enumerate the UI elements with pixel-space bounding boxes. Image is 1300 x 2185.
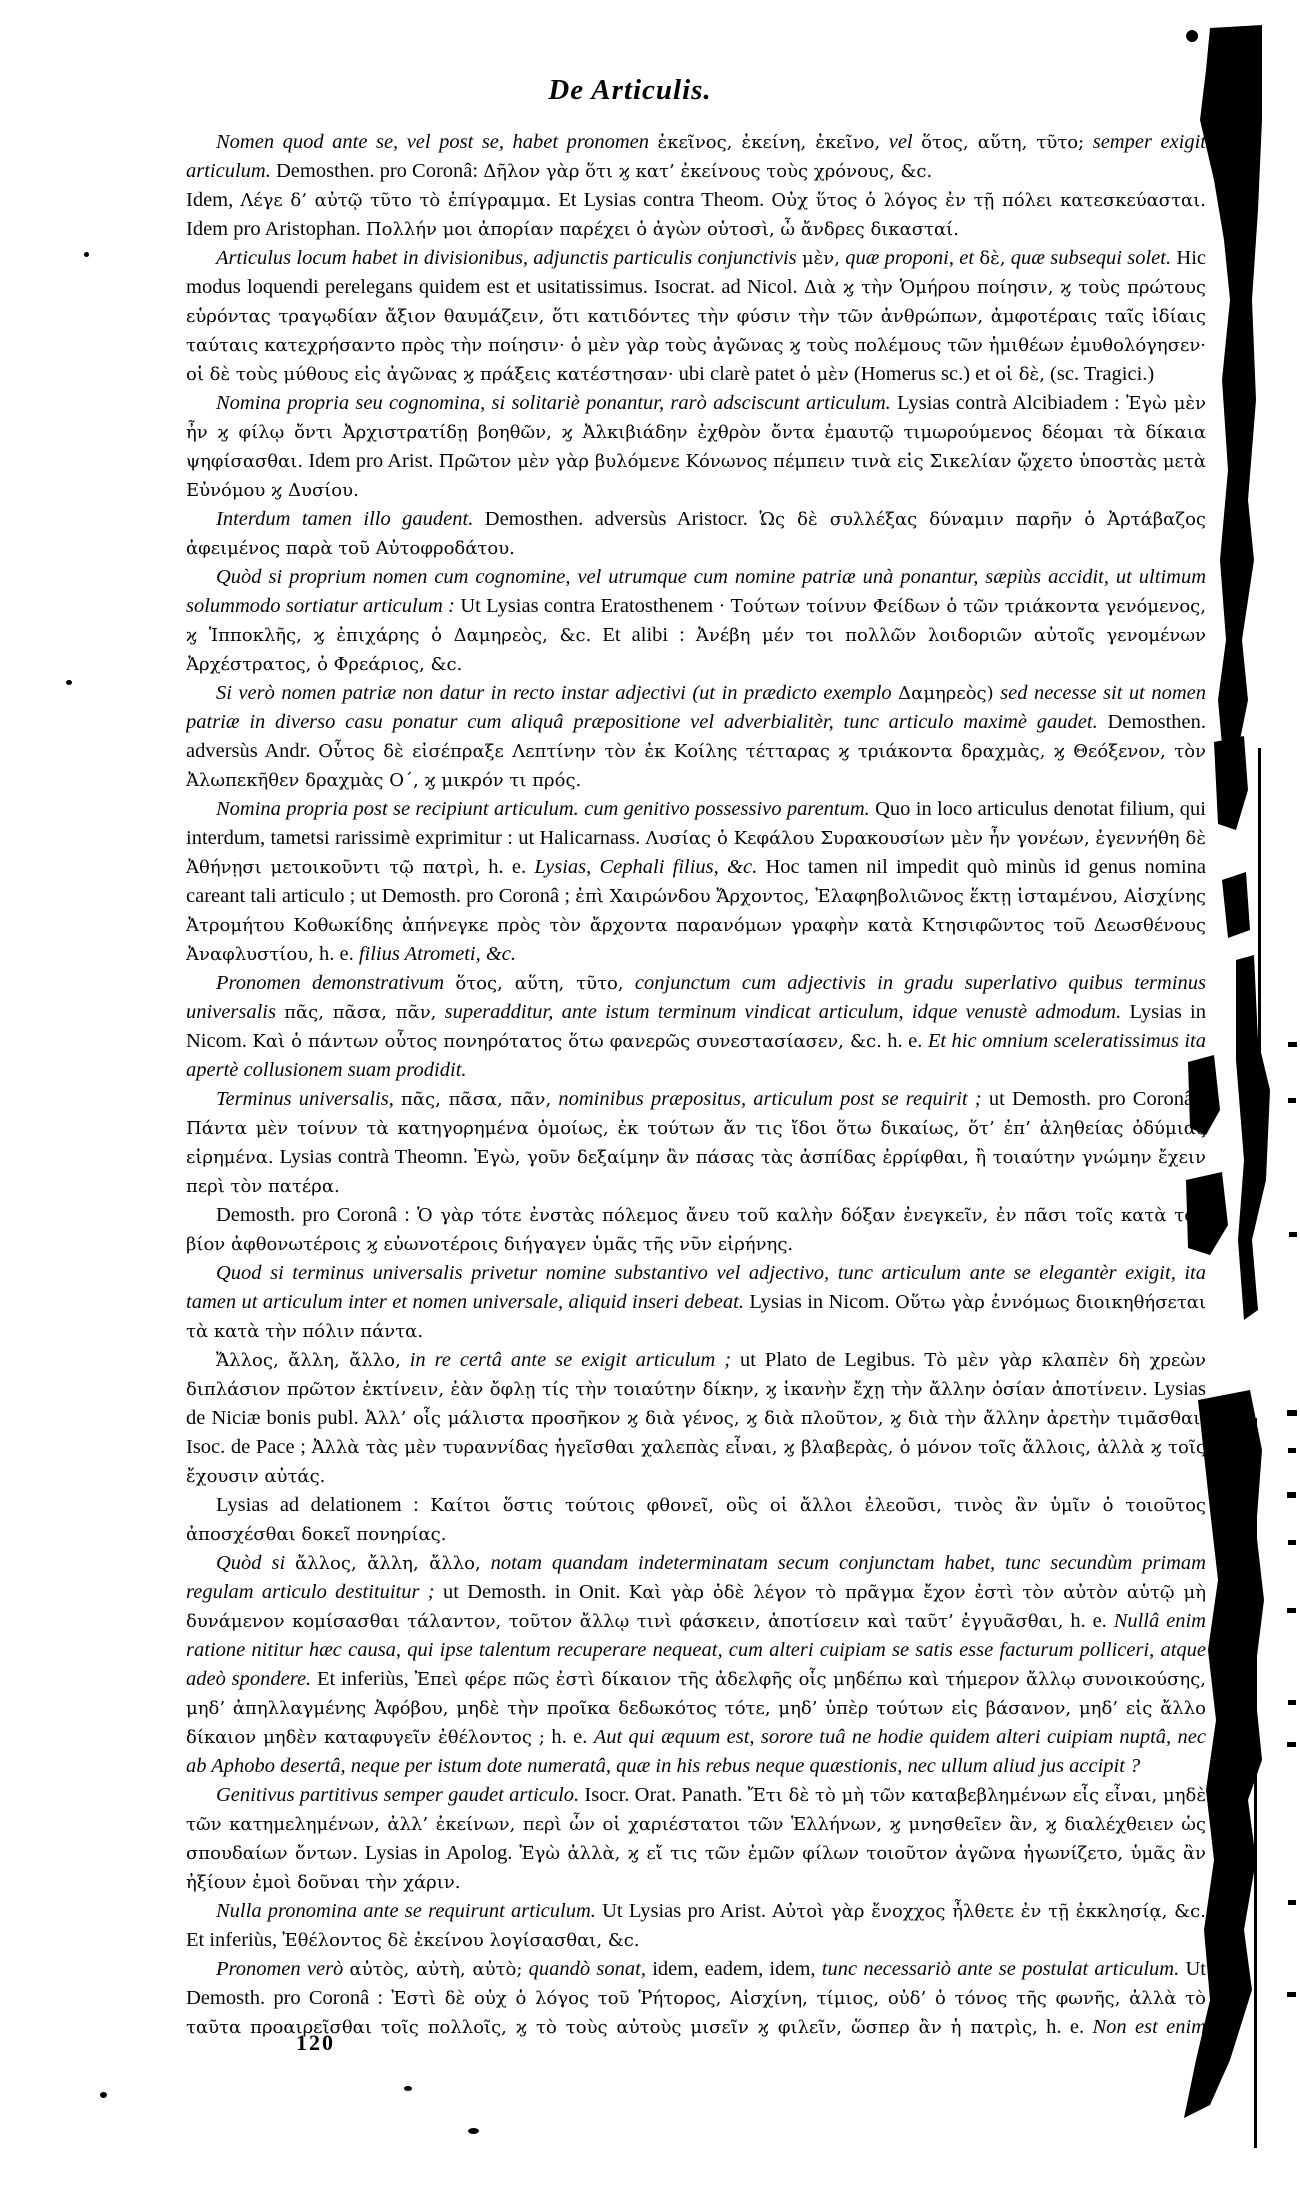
text-segment: ubi clarè patet bbox=[674, 363, 800, 385]
text-segment: Interdum tamen illo gaudent. bbox=[216, 508, 485, 530]
text-segment: αὐτὸς, αὐτὴ, αὐτὸ; bbox=[350, 1959, 523, 1980]
text-segment: Pronomen demonstrativum bbox=[216, 972, 455, 994]
text-segment: Οὗτος δὲ εἰσέπραξε Λεπτίνην τὸν ἐκ Κοίλη… bbox=[186, 741, 1206, 791]
text-segment: Ἄλλος, ἄλλη, ἄλλο, bbox=[216, 1350, 401, 1371]
binding-ink-artifact bbox=[1170, 0, 1300, 2185]
text-segment: Οὐχ ὕτος ὁ λόγος ἐν τῇ πόλει κατεσκεύαστ… bbox=[771, 190, 1206, 211]
text-segment: Δαμηρεὸς) bbox=[898, 683, 993, 704]
scanned-book-page: { "title": "De Articulis.", "page_number… bbox=[0, 0, 1300, 2185]
page: De Articulis. Reg. v.Nomen quod ante se,… bbox=[0, 0, 1300, 2185]
text-segment: Ἀλλὰ τὰς μὲν τυραννίδας ἡγεῖσθαι χαλεπὰς… bbox=[186, 1437, 1206, 1487]
text-segment: μὲν, bbox=[802, 248, 840, 269]
paragraph: Quòd si proprium nomen cum cognomine, ve… bbox=[186, 563, 1206, 679]
text-segment: Idem pro Aristophan. bbox=[186, 218, 366, 240]
text-segment: tunc necessariò ante se postulat articul… bbox=[816, 1958, 1186, 1980]
text-segment: h. e. bbox=[545, 1726, 594, 1748]
text-segment: in re certâ ante se exigit articulum ; bbox=[401, 1349, 740, 1371]
text-segment: πᾶς, πᾶσα, πᾶν, bbox=[401, 1089, 551, 1110]
text-segment: filius Atrometi, &c. bbox=[359, 943, 516, 965]
text-segment: Et inferiùs, bbox=[186, 1929, 282, 1951]
text-segment: ἐκεῖνος, ἐκείνη, ἐκεῖνο, bbox=[658, 132, 881, 153]
text-segment: Quòd si bbox=[216, 1552, 295, 1574]
text-segment: h. e. bbox=[1038, 2016, 1093, 2038]
text-segment: (sc. Tragici.) bbox=[1045, 363, 1154, 385]
text-segment: quæ proponi, et bbox=[840, 247, 979, 269]
text-segment: Isoc. de Pace ; bbox=[186, 1436, 312, 1458]
text-segment: Articulus locum habet in divisionibus, a… bbox=[216, 247, 802, 269]
text-segment: Et alibi : bbox=[591, 624, 696, 646]
paragraph: Reg. xi.Ἄλλος, ἄλλη, ἄλλο, in re certâ a… bbox=[186, 1346, 1206, 1491]
paragraph: Reg xii.Genitivus partitivus semper gaud… bbox=[186, 1781, 1206, 1897]
text-segment: Ἐθέλοντος δὲ ἐκείνου λογίσασθαι, &c. bbox=[282, 1930, 639, 1951]
text-segment: Demosth. pro Coronâ : bbox=[216, 1204, 417, 1226]
paragraph: Quod si terminus universalis privetur no… bbox=[186, 1259, 1206, 1346]
paragraph: Pronomen verò αὐτὸς, αὐτὴ, αὐτὸ; quandò … bbox=[186, 1955, 1206, 2038]
text-segment: Πολλήν μοι ἀπορίαν παρέχει ὁ ἀγὼν οὑτοσὶ… bbox=[366, 219, 959, 240]
text-segment: Et inferiùs, bbox=[317, 1668, 415, 1690]
text-segment: (Homerus sc.) et bbox=[849, 363, 995, 385]
ink-speck bbox=[66, 680, 72, 685]
text-segment: ut Plato de Legibus. bbox=[740, 1349, 924, 1371]
text-segment: Δῆλον γὰρ ὅτι ϗ κατ’ ἐκείνους τοὺς χρόνο… bbox=[483, 161, 932, 182]
ink-speck bbox=[404, 2086, 412, 2091]
text-segment: Lysias in Apolog. bbox=[358, 1842, 519, 1864]
text-segment: quandò sonat, bbox=[522, 1958, 652, 1980]
paragraph: Reg. v.Nomen quod ante se, vel post se, … bbox=[186, 128, 1206, 186]
text-segment: Idem, bbox=[186, 189, 240, 211]
text-segment: h. e. bbox=[1063, 1610, 1113, 1632]
text-segment: Ut Lysias contra Eratosthenem · bbox=[460, 595, 730, 617]
text-segment: Lysias contrà Alcibiadem : bbox=[897, 392, 1126, 414]
paragraph: Reg vii.Nomina propria seu cognomina, si… bbox=[186, 389, 1206, 505]
paragraph: Reg. viii.Nomina propria post se recipiu… bbox=[186, 795, 1206, 969]
text-segment: Si verò nomen patriæ non datur in recto … bbox=[216, 682, 898, 704]
text-segment: Terminus universalis, bbox=[216, 1088, 401, 1110]
text-segment: ἄλλος, ἄλλη, ἄλλο, bbox=[295, 1553, 481, 1574]
text-segment: Lysias, Cephali filius, &c. bbox=[534, 856, 757, 878]
ink-speck bbox=[468, 2128, 479, 2134]
text-segment: Καὶ ὁ πάντων οὗτος πονηρότατος ὅτω φανερ… bbox=[252, 1031, 881, 1052]
page-number: 120 bbox=[296, 2030, 335, 2056]
paragraph: Demosth. pro Coronâ : Ὁ γὰρ τότε ἐνστὰς … bbox=[186, 1201, 1206, 1259]
text-segment: Lysias in Nicom. bbox=[749, 1291, 895, 1313]
text-segment: ὁ μὲν bbox=[800, 364, 849, 385]
text-segment: Λέγε δ’ αὐτῷ τῦτο τὸ ἐπίγραμμα. bbox=[240, 190, 551, 211]
text-segment: Lysias contrà Theomn. bbox=[274, 1146, 474, 1168]
text-segment: h. e. bbox=[882, 1030, 928, 1052]
paragraph: Reg. vi.Articulus locum habet in divisio… bbox=[186, 244, 1206, 389]
text-segment: Lysias ad delationem : bbox=[216, 1494, 430, 1516]
text-segment: quæ subsequi solet. bbox=[1006, 247, 1177, 269]
paragraph: Reg. xiii.Nulla pronomina ante se requir… bbox=[186, 1897, 1206, 1955]
paragraph: Quòd si ἄλλος, ἄλλη, ἄλλο, notam quandam… bbox=[186, 1549, 1206, 1781]
text-segment: idem, eadem, idem, bbox=[652, 1958, 815, 1980]
page-title: De Articulis. bbox=[0, 74, 1260, 107]
text-segment: Pronomen verò bbox=[216, 1958, 350, 1980]
text-segment: h. e. bbox=[314, 943, 359, 965]
paragraph: Si verò nomen patriæ non datur in recto … bbox=[186, 679, 1206, 795]
text-segment: Isocr. Orat. Panath. bbox=[584, 1784, 747, 1806]
text-segment: δὲ, bbox=[979, 248, 1005, 269]
paragraph: Reg x.Terminus universalis, πᾶς, πᾶσα, π… bbox=[186, 1085, 1206, 1201]
text-segment: ut Demosth. in Onit. bbox=[443, 1581, 629, 1603]
text-segment: Ἀλλ’ οἷς μάλιστα προσῆκον ϗ διὰ γένος, ϗ… bbox=[365, 1408, 1206, 1429]
text-segment: Demosthen. pro Coronâ: bbox=[276, 160, 483, 182]
text-segment: ὅτος, αὕτη, τῦτο, bbox=[455, 973, 623, 994]
text-column: Reg. v.Nomen quod ante se, vel post se, … bbox=[186, 128, 1206, 2038]
text-segment: Et Lysias contra Theom. bbox=[551, 189, 771, 211]
text-segment: Demosthen. adversùs Aristocr. bbox=[485, 508, 760, 530]
text-segment: h. e. bbox=[480, 856, 534, 878]
ink-speck bbox=[100, 2092, 107, 2098]
text-segment: superadditur, ante istum terminum vindic… bbox=[436, 1001, 1129, 1023]
paragraph: Lysias ad delationem : Καίτοι ὅστις τούτ… bbox=[186, 1491, 1206, 1549]
text-segment: Genitivus partitivus semper gaudet artic… bbox=[216, 1784, 584, 1806]
text-segment: Idem pro Arist. bbox=[303, 450, 439, 472]
text-segment: πᾶς, πᾶσα, πᾶν, bbox=[284, 1002, 436, 1023]
text-segment: vel bbox=[880, 131, 921, 153]
paragraph: Ante sePost seIdem, Λέγε δ’ αὐτῷ τῦτο τὸ… bbox=[186, 186, 1206, 244]
text-segment: ὅτος, αὕτη, τῦτο; bbox=[921, 132, 1084, 153]
text-segment: Nomina propria post se recipiunt articul… bbox=[216, 798, 875, 820]
text-segment: Ut Lysias pro Arist. bbox=[602, 1900, 772, 1922]
text-segment: Nomina propria seu cognomina, si solitar… bbox=[216, 392, 897, 414]
text-segment: Nomen quod ante se, vel post se, habet p… bbox=[216, 131, 658, 153]
text-segment: nominibus præpositus, articulum post se … bbox=[551, 1088, 989, 1110]
paragraph: Interdum tamen illo gaudent. Demosthen. … bbox=[186, 505, 1206, 563]
text-segment: Nulla pronomina ante se requirunt articu… bbox=[216, 1900, 602, 1922]
ink-speck bbox=[84, 252, 89, 257]
text-segment: Αὐτοὶ γὰρ ἔνοχχος ἦλθετε ἐν τῇ ἐκκλησίᾳ,… bbox=[772, 1901, 1206, 1922]
paragraph: Reg. ix.Pronomen demonstrativum ὅτος, αὕ… bbox=[186, 969, 1206, 1085]
text-segment: οἱ δὲ, bbox=[995, 364, 1045, 385]
